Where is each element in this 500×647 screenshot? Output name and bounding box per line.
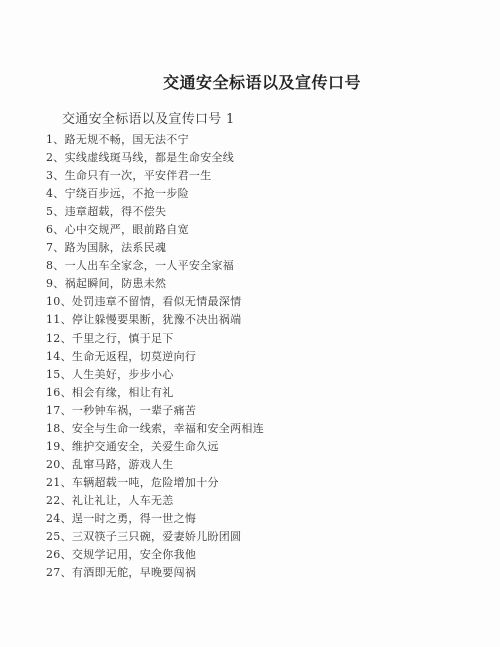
slogan-item: 16、相会有缘，相让有礼 <box>46 384 478 402</box>
document-title: 交通安全标语以及宣传口号 <box>46 73 478 93</box>
slogan-item: 18、安全与生命一线索，幸福和安全两相连 <box>46 420 478 438</box>
slogan-item: 15、人生美好，步步小心 <box>46 366 478 384</box>
slogan-item: 14、生命无返程，切莫逆向行 <box>46 348 478 366</box>
slogan-item: 7、路为国脉，法系民魂 <box>46 239 478 257</box>
slogan-item: 5、违章超载，得不偿失 <box>46 203 478 221</box>
slogan-item: 4、宁绕百步远，不抢一步险 <box>46 185 478 203</box>
slogan-item: 3、生命只有一次，平安伴君一生 <box>46 167 478 185</box>
slogan-item: 19、维护交通安全，关爱生命久远 <box>46 438 478 456</box>
slogan-item: 1、路无规不畅，国无法不宁 <box>46 131 478 149</box>
slogan-item: 25、三双筷子三只碗，爱妻娇儿盼团圆 <box>46 528 478 546</box>
slogan-item: 17、一秒钟车祸，一辈子痛苦 <box>46 402 478 420</box>
slogan-list: 1、路无规不畅，国无法不宁 2、实线虚线斑马线，都是生命安全线 3、生命只有一次… <box>46 131 478 582</box>
slogan-item: 26、交规学记用，安全你我他 <box>46 546 478 564</box>
slogan-item: 2、实线虚线斑马线，都是生命安全线 <box>46 149 478 167</box>
slogan-item: 6、心中交规严，眼前路自宽 <box>46 221 478 239</box>
slogan-item: 27、有酒即无舵，早晚要闯祸 <box>46 564 478 582</box>
slogan-item: 12、千里之行，慎于足下 <box>46 330 478 348</box>
slogan-item: 10、处罚违章不留情，看似无情最深情 <box>46 293 478 311</box>
slogan-item: 8、一人出车全家念，一人平安全家福 <box>46 257 478 275</box>
section-heading: 交通安全标语以及宣传口号 1 <box>46 111 478 129</box>
slogan-item: 9、祸起瞬间，防患未然 <box>46 275 478 293</box>
document-page: 交通安全标语以及宣传口号 交通安全标语以及宣传口号 1 1、路无规不畅，国无法不… <box>0 0 500 647</box>
slogan-item: 20、乱窜马路，游戏人生 <box>46 456 478 474</box>
slogan-item: 21、车辆超载一吨，危险增加十分 <box>46 474 478 492</box>
slogan-item: 24、逞一时之勇，得一世之悔 <box>46 510 478 528</box>
slogan-item: 11、停让躲慢要果断，犹豫不决出祸端 <box>46 311 478 329</box>
slogan-item: 22、礼让礼让，人车无恙 <box>46 492 478 510</box>
